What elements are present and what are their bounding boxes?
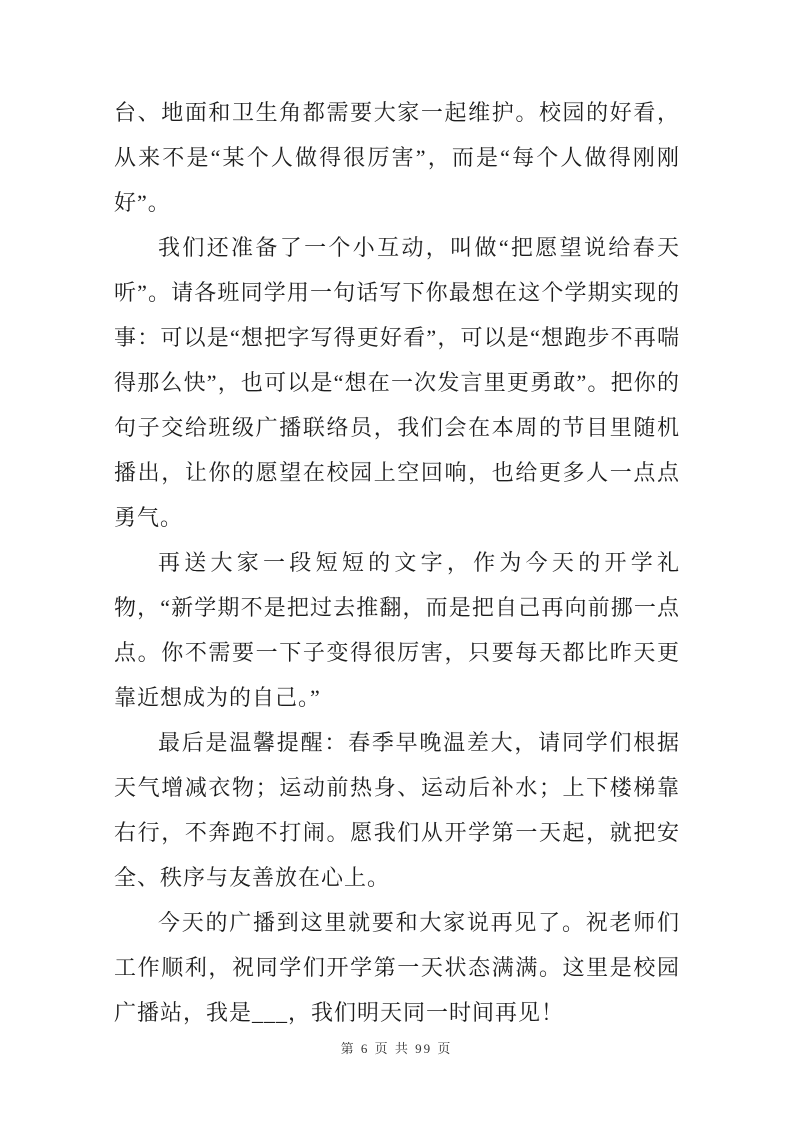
paragraph: 我们还准备了一个小互动，叫做“把愿望说给春天听”。请各班同学用一句话写下你最想在…	[114, 225, 680, 540]
document-body: 台、地面和卫生角都需要大家一起维护。校园的好看，从来不是“某个人做得很厉害”，而…	[114, 90, 680, 1035]
paragraph: 再送大家一段短短的文字，作为今天的开学礼物，“新学期不是把过去推翻，而是把自己再…	[114, 540, 680, 720]
document-page: 台、地面和卫生角都需要大家一起维护。校园的好看，从来不是“某个人做得很厉害”，而…	[0, 0, 793, 1122]
paragraph: 最后是温馨提醒：春季早晚温差大，请同学们根据天气增减衣物；运动前热身、运动后补水…	[114, 720, 680, 900]
paragraph: 今天的广播到这里就要和大家说再见了。祝老师们工作顺利，祝同学们开学第一天状态满满…	[114, 900, 680, 1035]
page-number-label: 第 6 页 共 99 页	[341, 1041, 453, 1056]
page-footer: 第 6 页 共 99 页	[0, 1040, 793, 1058]
paragraph: 台、地面和卫生角都需要大家一起维护。校园的好看，从来不是“某个人做得很厉害”，而…	[114, 90, 680, 225]
